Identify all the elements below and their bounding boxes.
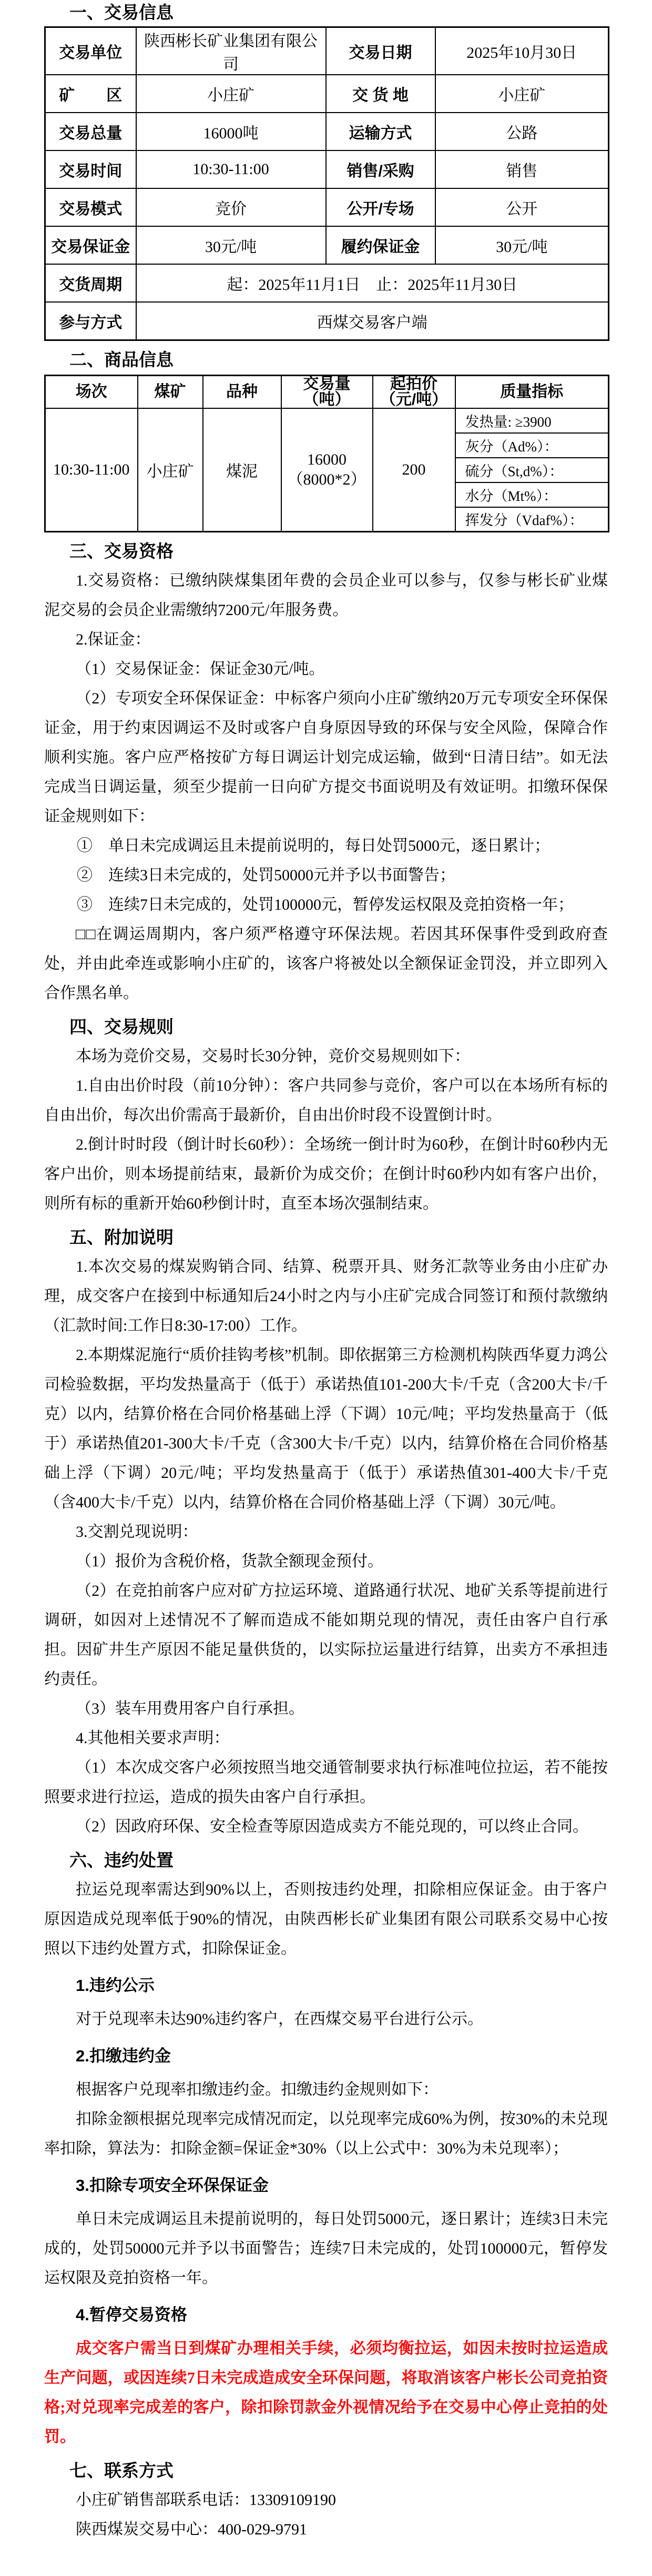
paragraph: （2）在竞拍前客户应对矿方拉运环境、道路通行状况、地矿关系等提前进行调研，如因对…	[44, 1576, 608, 1694]
cell-label: 运输方式	[326, 113, 435, 150]
table-row: 参与方式 西煤交易客户端	[45, 302, 609, 340]
list-item: ① 单日未完成调运且未提前说明的，每日处罚5000元，逐日累计；	[44, 831, 608, 861]
cell-label: 交易时间	[45, 150, 136, 188]
paragraph: （1）本次成交客户必须按照当地交通管制要求执行标准吨位拉运，若不能按照要求进行拉…	[44, 1753, 608, 1812]
paragraph: 1.本次交易的煤炭购销合同、结算、税票开具、财务汇款等业务由小庄矿办理，成交客户…	[44, 1252, 608, 1341]
paragraph: 单日未完成调运且未提前说明的，每日处罚5000元，逐日累计；连续3日未完成的，处…	[44, 2205, 608, 2293]
paragraph: □□在调运周期内，客户须严格遵守环保法规。若因其环保事件受到政府查处，并由此牵连…	[44, 920, 608, 1008]
cell-label: 交货周期	[45, 264, 136, 302]
cell-label: 履约保证金	[326, 226, 435, 264]
cell-value: 30元/吨	[435, 226, 609, 264]
paragraph: 1.自由出价时段（前10分钟）：客户共同参与竞价，客户可以在本场所有标的自由出价…	[44, 1071, 608, 1130]
document-page: 一、交易信息 交易单位 陕西彬长矿业集团有限公司 交易日期 2025年10月30…	[0, 0, 652, 2576]
cell-value: 16000吨	[136, 113, 326, 150]
col-header-session: 场次	[45, 375, 138, 408]
list-item: ② 连续3日未完成的，处罚50000元并予以书面警告；	[44, 861, 608, 890]
paragraph: （1）交易保证金：保证金30元/吨。	[44, 655, 608, 684]
cell-mine: 小庄矿	[138, 408, 203, 532]
cell-value: 公开	[435, 188, 609, 226]
section-heading-product-info: 二、商品信息	[69, 350, 608, 369]
cell-session: 10:30-11:00	[45, 408, 138, 532]
subsection-heading-deduct-safety-deposit: 3.扣除专项安全环保保证金	[44, 2171, 608, 2200]
paragraph: 扣除金额根据兑现率完成情况而定，以兑现率完成60%为例，按30%的未兑现率扣除，…	[44, 2105, 608, 2164]
cell-label: 销售/采购	[326, 150, 435, 188]
paragraph: 3.交割兑现说明：	[44, 1517, 608, 1547]
table-row: 交易保证金 30元/吨 履约保证金 30元/吨	[45, 226, 609, 264]
product-info-table: 场次 煤矿 品种 交易量 （吨） 起拍价 （元/吨） 质量指标 10:30-11…	[44, 375, 609, 533]
cell-volume: 16000 （8000*2）	[281, 408, 373, 532]
paragraph: 1.交易资格：已缴纳陕煤集团年费的会员企业可以参与，仅参与彬长矿业煤泥交易的会员…	[44, 566, 608, 625]
section-heading-trade-info: 一、交易信息	[69, 3, 608, 22]
subsection-heading-deduct-penalty: 2.扣缴违约金	[44, 2041, 608, 2071]
paragraph: 根据客户兑现率扣缴违约金。扣缴违约金规则如下：	[44, 2075, 608, 2105]
section-heading-default-handling: 六、违约处置	[69, 1851, 608, 1870]
warning-paragraph: 成交客户需当日到煤矿办理相关手续，必须均衡拉运，如因未按时拉运造成生产问题，或因…	[44, 2334, 608, 2452]
paragraph: 2.保证金：	[44, 625, 608, 655]
subsection-heading-suspend-qualification: 4.暂停交易资格	[44, 2300, 608, 2330]
cell-value: 10:30-11:00	[136, 150, 326, 188]
cell-quality-calorific: 发热量: ≥3900	[455, 408, 609, 433]
contact-phone-mine-sales: 小庄矿销售部联系电话：13309109190	[44, 2486, 608, 2515]
cell-value: 陕西彬长矿业集团有限公司	[136, 27, 326, 75]
table-row: 交易总量 16000吨 运输方式 公路	[45, 113, 609, 150]
paragraph: （2）因政府环保、安全检查等原因造成卖方不能兑现的，可以终止合同。	[44, 1812, 608, 1842]
cell-label: 交易模式	[45, 188, 136, 226]
section-heading-qualification: 三、交易资格	[69, 542, 608, 561]
paragraph: （3）装车用费用客户自行承担。	[44, 1694, 608, 1724]
section-heading-contact: 七、联系方式	[69, 2461, 608, 2480]
contact-phone-trade-center: 陕西煤炭交易中心：400-029-9791	[44, 2515, 608, 2544]
paragraph: 拉运兑现率需达到90%以上，否则按违约处理，扣除相应保证金。由于客户原因造成兑现…	[44, 1875, 608, 1964]
table-row: 交货周期 起：2025年11月1日 止：2025年11月30日	[45, 264, 609, 302]
paragraph: 对于兑现率未达90%违约客户，在西煤交易平台进行公示。	[44, 2005, 608, 2034]
cell-value: 竞价	[136, 188, 326, 226]
cell-label: 交 货 地	[326, 75, 435, 113]
cell-label: 交易日期	[326, 27, 435, 75]
table-header-row: 场次 煤矿 品种 交易量 （吨） 起拍价 （元/吨） 质量指标	[45, 375, 609, 408]
cell-value: 小庄矿	[136, 75, 326, 113]
cell-quality-sulfur: 硫分（St,d%）：	[455, 458, 609, 482]
cell-label: 公开/专场	[326, 188, 435, 226]
col-header-mine: 煤矿	[138, 375, 203, 408]
cell-label: 参与方式	[45, 302, 136, 340]
subsection-heading-default-publicity: 1.违约公示	[44, 1971, 608, 2000]
cell-quality-ash: 灰分（Ad%）：	[455, 433, 609, 458]
cell-variety: 煤泥	[203, 408, 281, 532]
col-header-variety: 品种	[203, 375, 281, 408]
paragraph: 本场为竞价交易，交易时长30分钟，竞价交易规则如下：	[44, 1042, 608, 1071]
paragraph: （2）专项安全环保保证金：中标客户须向小庄矿缴纳20万元专项安全环保保证金，用于…	[44, 684, 608, 831]
cell-quality-volatile: 挥发分（Vdaf%）：	[455, 507, 609, 532]
cell-value: 公路	[435, 113, 609, 150]
table-row: 交易时间 10:30-11:00 销售/采购 销售	[45, 150, 609, 188]
paragraph: 4.其他相关要求声明：	[44, 1724, 608, 1753]
cell-value: 2025年10月30日	[435, 27, 609, 75]
paragraph: 2.倒计时时段（倒计时长60秒）：全场统一倒计时为60秒，在倒计时60秒内无客户…	[44, 1130, 608, 1219]
cell-label: 交易总量	[45, 113, 136, 150]
section-heading-additional-notes: 五、附加说明	[69, 1228, 608, 1247]
cell-label: 交易保证金	[45, 226, 136, 264]
paragraph: （1）报价为含税价格，货款全额现金预付。	[44, 1547, 608, 1576]
cell-start-price: 200	[373, 408, 455, 532]
cell-value: 起：2025年11月1日 止：2025年11月30日	[136, 264, 609, 302]
cell-value: 小庄矿	[435, 75, 609, 113]
list-item: ③ 连续7日未完成的，处罚100000元，暂停发运权限及竞拍资格一年；	[44, 890, 608, 920]
paragraph: 2.本期煤泥施行“质价挂钩考核”机制。即依据第三方检测机构陕西华夏力鸿公司检验数…	[44, 1341, 608, 1517]
table-row: 10:30-11:00 小庄矿 煤泥 16000 （8000*2） 200 发热…	[45, 408, 609, 433]
col-header-quality: 质量指标	[455, 375, 609, 408]
cell-value: 30元/吨	[136, 226, 326, 264]
cell-label: 矿 区	[45, 75, 136, 113]
cell-value: 西煤交易客户端	[136, 302, 609, 340]
table-row: 矿 区 小庄矿 交 货 地 小庄矿	[45, 75, 609, 113]
table-row: 交易单位 陕西彬长矿业集团有限公司 交易日期 2025年10月30日	[45, 27, 609, 75]
cell-label: 交易单位	[45, 27, 136, 75]
cell-quality-moisture: 水分（Mt%）：	[455, 482, 609, 507]
section-heading-trade-rules: 四、交易规则	[69, 1018, 608, 1037]
trade-info-table: 交易单位 陕西彬长矿业集团有限公司 交易日期 2025年10月30日 矿 区 小…	[44, 26, 609, 341]
cell-value: 销售	[435, 150, 609, 188]
col-header-volume: 交易量 （吨）	[281, 375, 373, 408]
col-header-start-price: 起拍价 （元/吨）	[373, 375, 455, 408]
table-row: 交易模式 竞价 公开/专场 公开	[45, 188, 609, 226]
